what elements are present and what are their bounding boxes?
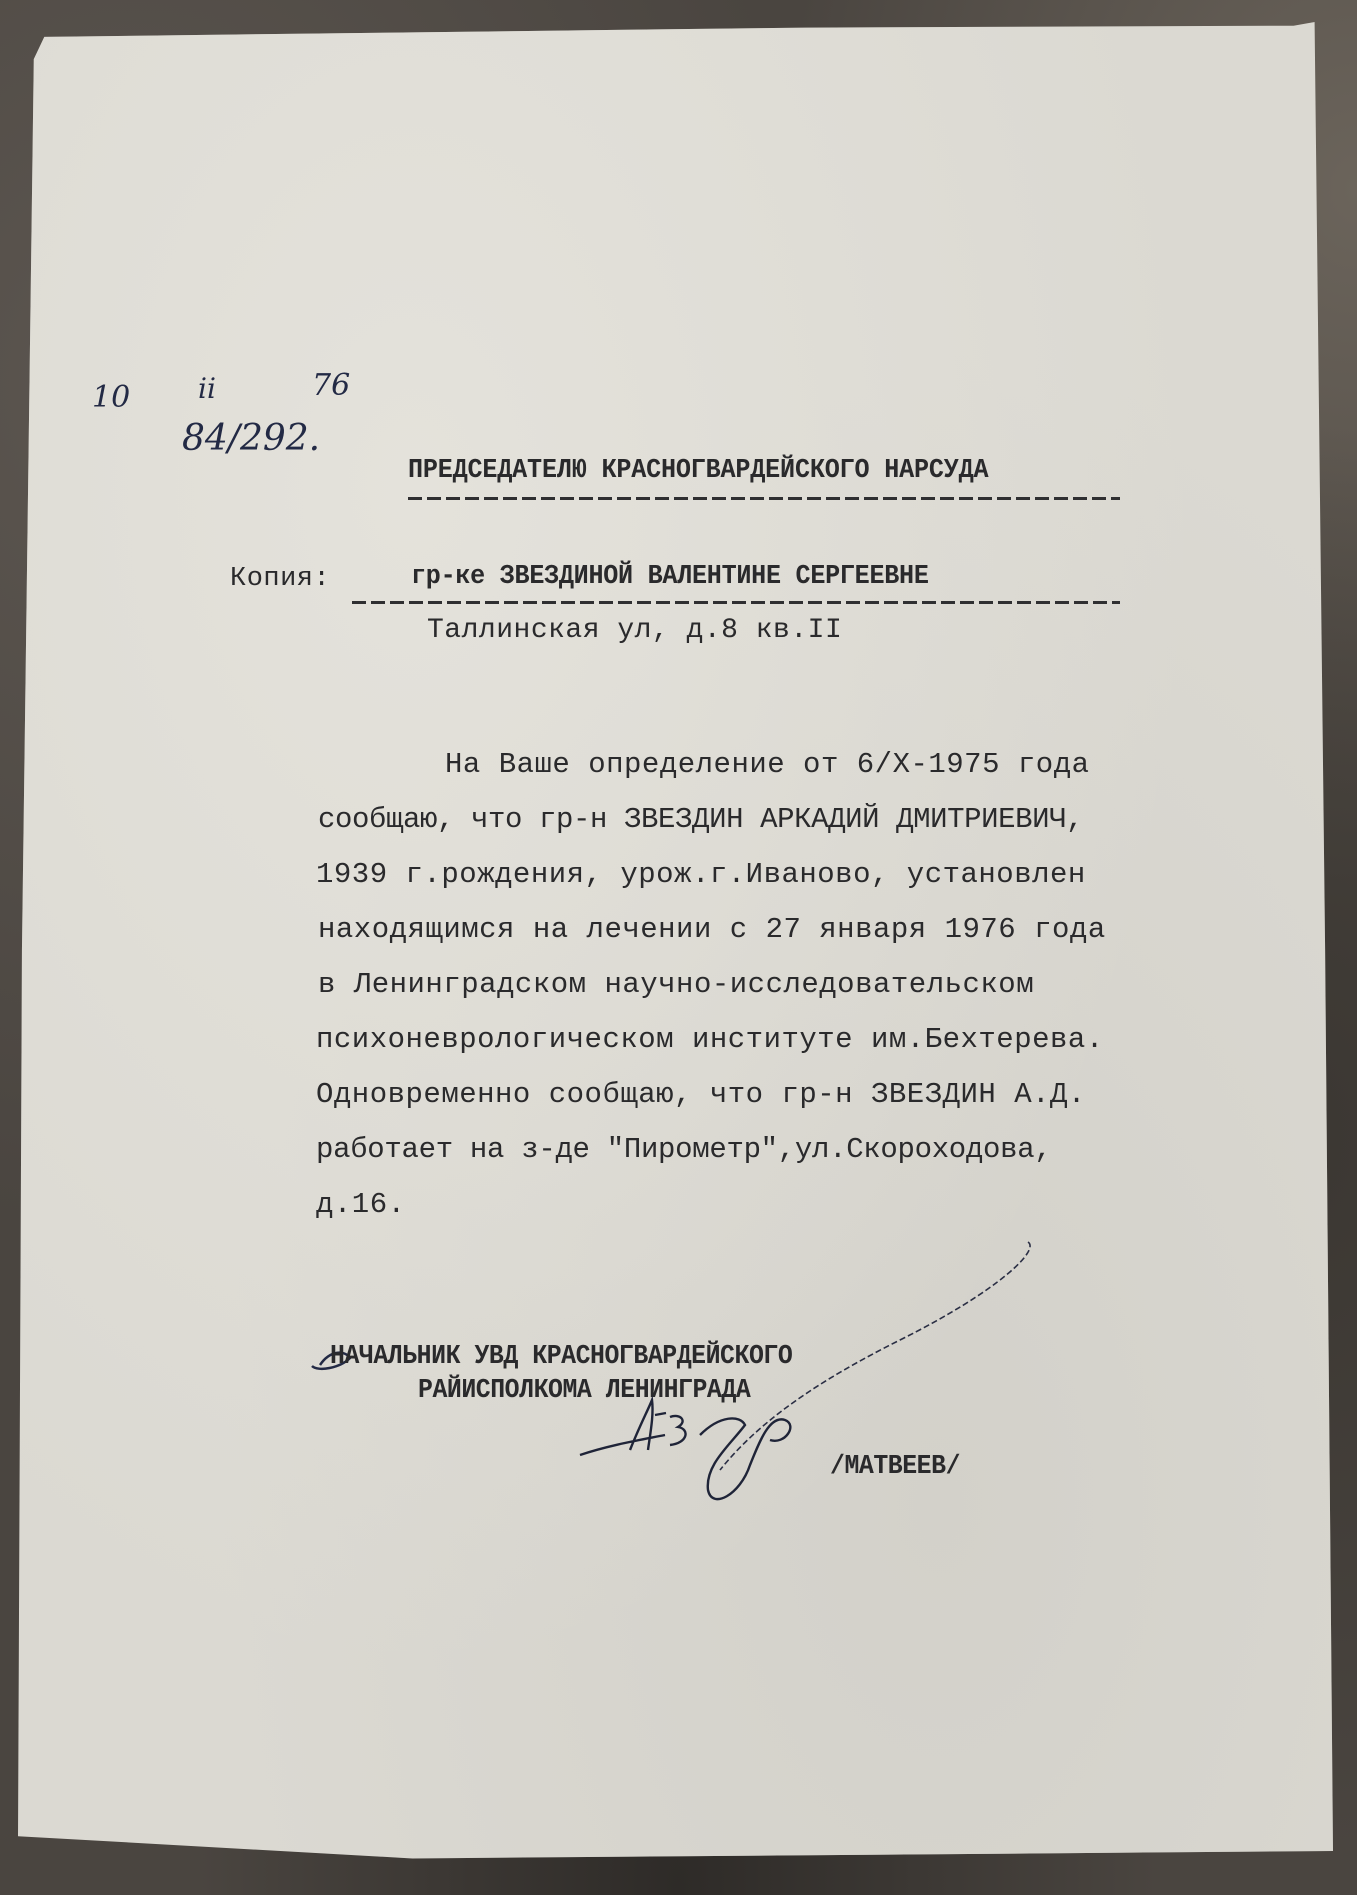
signature-flourish xyxy=(0,0,1357,1895)
signatory-name: /МАТВЕЕВ/ xyxy=(830,1452,960,1482)
signatory-title-line-1: НАЧАЛЬНИК УВД КРАСНОГВАРДЕЙСКОГО xyxy=(330,1342,792,1372)
handwritten-signature xyxy=(570,1395,870,1515)
